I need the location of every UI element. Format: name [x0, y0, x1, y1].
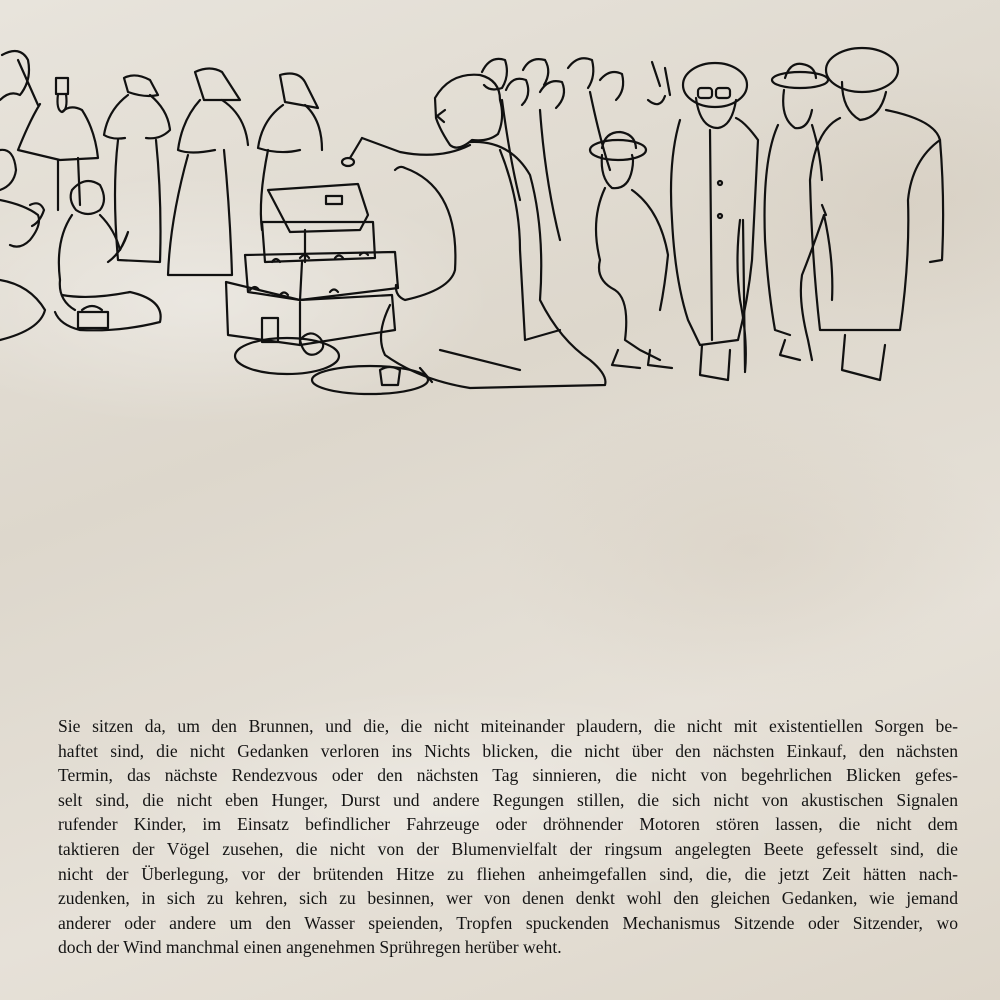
- bearded-man-with-glasses: [671, 63, 758, 380]
- text-line: haftet sind, die nicht Gedanken verloren…: [58, 739, 958, 764]
- text-line: Sie sitzen da, um den Brunnen, und die, …: [58, 714, 958, 739]
- kneeling-man-figure: [342, 75, 605, 388]
- text-line: zudenken, in sich zu kehren, sich zu bes…: [58, 886, 958, 911]
- fountain-crowd-illustration: [0, 40, 1000, 400]
- praying-monk-figure: [55, 181, 161, 330]
- text-line: Termin, das nächste Rendezvous oder den …: [58, 763, 958, 788]
- tiered-fountain: [226, 184, 432, 394]
- text-line: selt sind, die nicht eben Hunger, Durst …: [58, 788, 958, 813]
- text-line: taktieren der Vögel zusehen, die nicht v…: [58, 837, 958, 862]
- text-line: anderer oder andere um den Wasser speien…: [58, 911, 958, 936]
- text-line: nicht der Überlegung, vor der brütenden …: [58, 862, 958, 887]
- bald-crowd-group: [482, 58, 670, 240]
- flag-bearer-figure: [0, 51, 98, 210]
- praying-woman-figure: [0, 150, 45, 340]
- text-line: rufender Kinder, im Einsatz befindlicher…: [58, 812, 958, 837]
- hooded-figure-2: [168, 69, 248, 276]
- hooded-figure-3: [258, 74, 322, 230]
- body-paragraph: Sie sitzen da, um den Brunnen, und die, …: [58, 714, 958, 960]
- seated-man-with-hat: [590, 132, 672, 368]
- bearded-man-with-umbrella: [801, 48, 943, 380]
- text-line-last: doch der Wind manchmal einen angenehmen …: [58, 935, 958, 960]
